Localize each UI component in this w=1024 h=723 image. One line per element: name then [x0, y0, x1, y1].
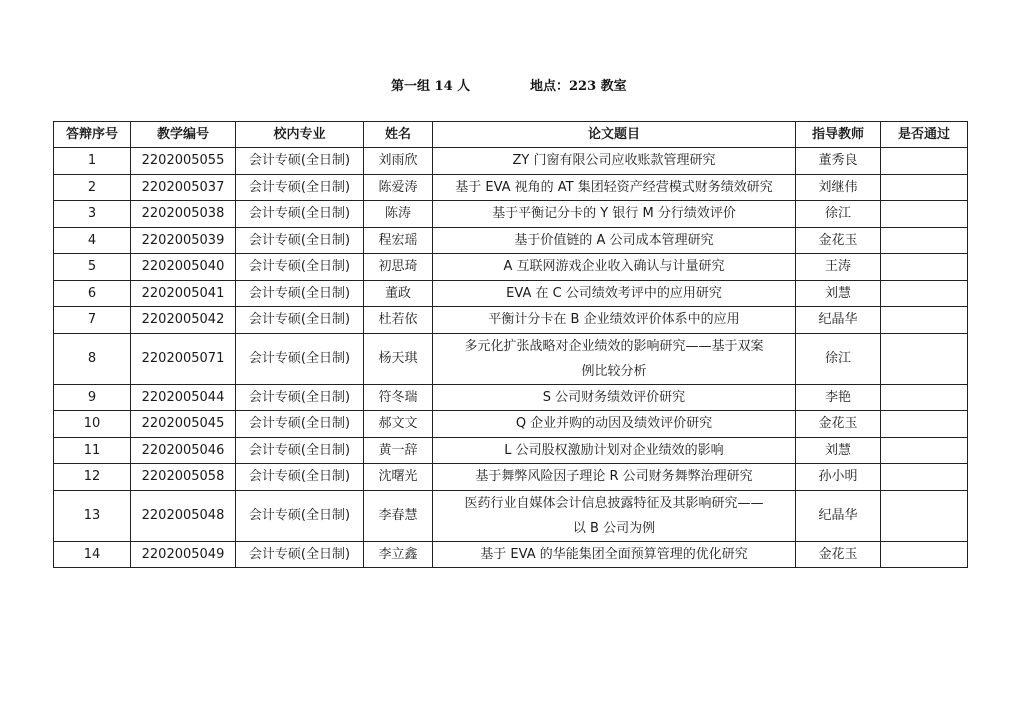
cell-name: 沈曙光: [364, 464, 433, 491]
cell-student-id: 2202005041: [131, 280, 236, 307]
cell-topic: 基于 EVA 视角的 AT 集团轻资产经营模式财务绩效研究: [433, 174, 796, 201]
table-row: 132202005048会计专硕(全日制)李春慧医药行业自媒体会计信息披露特征及…: [54, 490, 968, 541]
topic-line: 基于 EVA 视角的 AT 集团轻资产经营模式财务绩效研究: [435, 175, 793, 200]
table-row: 52202005040会计专硕(全日制)初思琦A 互联网游戏企业收入确认与计量研…: [54, 254, 968, 281]
table-row: 92202005044会计专硕(全日制)符冬瑞S 公司财务绩效评价研究李艳: [54, 384, 968, 411]
cell-seq: 2: [54, 174, 131, 201]
cell-student-id: 2202005071: [131, 333, 236, 384]
table-row: 62202005041会计专硕(全日制)董政EVA 在 C 公司绩效考评中的应用…: [54, 280, 968, 307]
table-row: 42202005039会计专硕(全日制)程宏瑶基于价值链的 A 公司成本管理研究…: [54, 227, 968, 254]
cell-advisor: 刘慧: [796, 280, 881, 307]
cell-major: 会计专硕(全日制): [236, 148, 364, 175]
cell-seq: 7: [54, 307, 131, 334]
cell-seq: 14: [54, 541, 131, 568]
cell-student-id: 2202005037: [131, 174, 236, 201]
cell-advisor: 金花玉: [796, 227, 881, 254]
cell-passed[interactable]: [881, 307, 968, 334]
cell-major: 会计专硕(全日制): [236, 411, 364, 438]
cell-name: 刘雨欣: [364, 148, 433, 175]
cell-student-id: 2202005039: [131, 227, 236, 254]
column-header-topic: 论文题目: [433, 122, 796, 148]
table-row: 82202005071会计专硕(全日制)杨天琪多元化扩张战略对企业绩效的影响研究…: [54, 333, 968, 384]
cell-major: 会计专硕(全日制): [236, 437, 364, 464]
cell-student-id: 2202005038: [131, 201, 236, 228]
table-row: 12202005055会计专硕(全日制)刘雨欣ZY 门窗有限公司应收账款管理研究…: [54, 148, 968, 175]
cell-advisor: 金花玉: [796, 541, 881, 568]
topic-line: A 互联网游戏企业收入确认与计量研究: [435, 254, 793, 279]
column-header-seq: 答辩序号: [54, 122, 131, 148]
topic-line: 基于 EVA 的华能集团全面预算管理的优化研究: [435, 542, 793, 567]
cell-advisor: 徐江: [796, 333, 881, 384]
cell-student-id: 2202005040: [131, 254, 236, 281]
cell-advisor: 李艳: [796, 384, 881, 411]
cell-passed[interactable]: [881, 254, 968, 281]
cell-advisor: 孙小明: [796, 464, 881, 491]
topic-line: ZY 门窗有限公司应收账款管理研究: [435, 148, 793, 173]
column-header-passed: 是否通过: [881, 122, 968, 148]
topic-line: 基于价值链的 A 公司成本管理研究: [435, 228, 793, 253]
cell-seq: 5: [54, 254, 131, 281]
cell-name: 符冬瑞: [364, 384, 433, 411]
cell-major: 会计专硕(全日制): [236, 174, 364, 201]
cell-topic: 基于价值链的 A 公司成本管理研究: [433, 227, 796, 254]
cell-seq: 11: [54, 437, 131, 464]
cell-topic: 基于 EVA 的华能集团全面预算管理的优化研究: [433, 541, 796, 568]
cell-seq: 13: [54, 490, 131, 541]
cell-passed[interactable]: [881, 490, 968, 541]
cell-advisor: 纪晶华: [796, 490, 881, 541]
topic-line: 医药行业自媒体会计信息披露特征及其影响研究——: [435, 491, 793, 516]
cell-passed[interactable]: [881, 464, 968, 491]
cell-student-id: 2202005058: [131, 464, 236, 491]
topic-line: 以 B 公司为例: [435, 516, 793, 541]
cell-topic: L 公司股权激励计划对企业绩效的影响: [433, 437, 796, 464]
cell-topic: 多元化扩张战略对企业绩效的影响研究——基于双案例比较分析: [433, 333, 796, 384]
cell-advisor: 王涛: [796, 254, 881, 281]
cell-topic: Q 企业并购的动因及绩效评价研究: [433, 411, 796, 438]
cell-name: 陈爱涛: [364, 174, 433, 201]
cell-seq: 9: [54, 384, 131, 411]
cell-seq: 4: [54, 227, 131, 254]
cell-seq: 3: [54, 201, 131, 228]
table-row: 32202005038会计专硕(全日制)陈涛基于平衡记分卡的 Y 银行 M 分行…: [54, 201, 968, 228]
cell-passed[interactable]: [881, 227, 968, 254]
cell-advisor: 刘慧: [796, 437, 881, 464]
document-title: 第一组 14 人 地点：223 教室: [0, 72, 1024, 94]
cell-student-id: 2202005045: [131, 411, 236, 438]
topic-line: 例比较分析: [435, 359, 793, 384]
cell-passed[interactable]: [881, 201, 968, 228]
cell-name: 程宏瑶: [364, 227, 433, 254]
cell-topic: 基于舞弊风险因子理论 R 公司财务舞弊治理研究: [433, 464, 796, 491]
cell-name: 董政: [364, 280, 433, 307]
cell-name: 李春慧: [364, 490, 433, 541]
cell-topic: 平衡计分卡在 B 企业绩效评价体系中的应用: [433, 307, 796, 334]
cell-topic: A 互联网游戏企业收入确认与计量研究: [433, 254, 796, 281]
group-label: 第一组 14 人: [391, 75, 470, 94]
topic-line: S 公司财务绩效评价研究: [435, 385, 793, 410]
cell-major: 会计专硕(全日制): [236, 384, 364, 411]
cell-student-id: 2202005046: [131, 437, 236, 464]
cell-passed[interactable]: [881, 174, 968, 201]
cell-passed[interactable]: [881, 280, 968, 307]
topic-line: Q 企业并购的动因及绩效评价研究: [435, 411, 793, 436]
cell-student-id: 2202005048: [131, 490, 236, 541]
cell-major: 会计专硕(全日制): [236, 541, 364, 568]
cell-seq: 6: [54, 280, 131, 307]
table-row: 102202005045会计专硕(全日制)郝文文Q 企业并购的动因及绩效评价研究…: [54, 411, 968, 438]
column-header-name: 姓名: [364, 122, 433, 148]
location-label: 地点：223 教室: [530, 75, 627, 94]
cell-major: 会计专硕(全日制): [236, 333, 364, 384]
table-row: 112202005046会计专硕(全日制)黄一辞L 公司股权激励计划对企业绩效的…: [54, 437, 968, 464]
cell-passed[interactable]: [881, 437, 968, 464]
cell-advisor: 徐江: [796, 201, 881, 228]
column-header-advisor: 指导教师: [796, 122, 881, 148]
table-row: 72202005042会计专硕(全日制)杜若依平衡计分卡在 B 企业绩效评价体系…: [54, 307, 968, 334]
cell-student-id: 2202005044: [131, 384, 236, 411]
topic-line: EVA 在 C 公司绩效考评中的应用研究: [435, 281, 793, 306]
cell-passed[interactable]: [881, 333, 968, 384]
cell-seq: 10: [54, 411, 131, 438]
cell-major: 会计专硕(全日制): [236, 280, 364, 307]
cell-seq: 8: [54, 333, 131, 384]
cell-major: 会计专硕(全日制): [236, 464, 364, 491]
cell-student-id: 2202005055: [131, 148, 236, 175]
cell-student-id: 2202005049: [131, 541, 236, 568]
topic-line: 基于平衡记分卡的 Y 银行 M 分行绩效评价: [435, 201, 793, 226]
cell-passed[interactable]: [881, 384, 968, 411]
cell-name: 杨天琪: [364, 333, 433, 384]
cell-name: 杜若依: [364, 307, 433, 334]
cell-name: 陈涛: [364, 201, 433, 228]
column-header-id: 教学编号: [131, 122, 236, 148]
topic-line: 平衡计分卡在 B 企业绩效评价体系中的应用: [435, 307, 793, 332]
cell-seq: 12: [54, 464, 131, 491]
cell-topic: 基于平衡记分卡的 Y 银行 M 分行绩效评价: [433, 201, 796, 228]
cell-topic: EVA 在 C 公司绩效考评中的应用研究: [433, 280, 796, 307]
cell-name: 初思琦: [364, 254, 433, 281]
cell-passed[interactable]: [881, 148, 968, 175]
cell-name: 黄一辞: [364, 437, 433, 464]
cell-advisor: 刘继伟: [796, 174, 881, 201]
cell-major: 会计专硕(全日制): [236, 254, 364, 281]
topic-line: 多元化扩张战略对企业绩效的影响研究——基于双案: [435, 334, 793, 359]
cell-topic: ZY 门窗有限公司应收账款管理研究: [433, 148, 796, 175]
table-header-row: 答辩序号 教学编号 校内专业 姓名 论文题目 指导教师 是否通过: [54, 122, 968, 148]
cell-major: 会计专硕(全日制): [236, 490, 364, 541]
cell-major: 会计专硕(全日制): [236, 201, 364, 228]
cell-passed[interactable]: [881, 411, 968, 438]
column-header-major: 校内专业: [236, 122, 364, 148]
cell-topic: S 公司财务绩效评价研究: [433, 384, 796, 411]
cell-advisor: 董秀良: [796, 148, 881, 175]
cell-seq: 1: [54, 148, 131, 175]
topic-line: L 公司股权激励计划对企业绩效的影响: [435, 438, 793, 463]
cell-name: 郝文文: [364, 411, 433, 438]
defense-roster-table: 答辩序号 教学编号 校内专业 姓名 论文题目 指导教师 是否通过 1220200…: [53, 121, 968, 568]
table-row: 22202005037会计专硕(全日制)陈爱涛基于 EVA 视角的 AT 集团轻…: [54, 174, 968, 201]
table-row: 122202005058会计专硕(全日制)沈曙光基于舞弊风险因子理论 R 公司财…: [54, 464, 968, 491]
table-row: 142202005049会计专硕(全日制)李立鑫基于 EVA 的华能集团全面预算…: [54, 541, 968, 568]
cell-major: 会计专硕(全日制): [236, 307, 364, 334]
cell-advisor: 纪晶华: [796, 307, 881, 334]
cell-passed[interactable]: [881, 541, 968, 568]
cell-name: 李立鑫: [364, 541, 433, 568]
cell-advisor: 金花玉: [796, 411, 881, 438]
cell-major: 会计专硕(全日制): [236, 227, 364, 254]
cell-topic: 医药行业自媒体会计信息披露特征及其影响研究——以 B 公司为例: [433, 490, 796, 541]
cell-student-id: 2202005042: [131, 307, 236, 334]
topic-line: 基于舞弊风险因子理论 R 公司财务舞弊治理研究: [435, 464, 793, 489]
